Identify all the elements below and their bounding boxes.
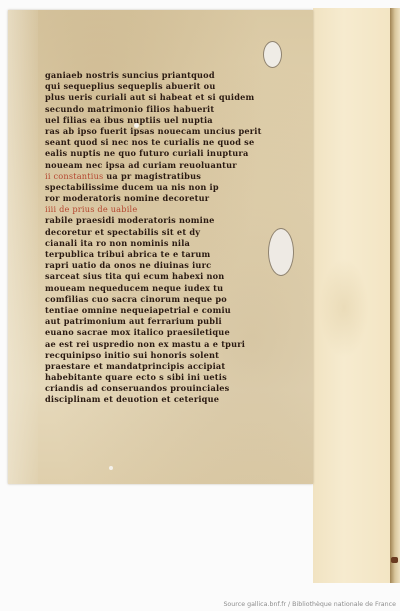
text-line: seant quod si nec nos te curialis ne quo… — [45, 137, 300, 148]
source-credit: Source gallica.bnf.fr / Bibliothèque nat… — [223, 601, 396, 608]
rubric-heading: ii constantius — [45, 171, 106, 181]
text-line: decoretur et spectabilis sit et dy — [45, 227, 300, 238]
text-line: recquinipso initio sui honoris solent — [45, 350, 300, 361]
text-line: secundo matrimonio filios habuerit — [45, 104, 300, 115]
parchment-speck — [109, 466, 113, 470]
text-line: ae est rei uspredio non ex mastu a e tpu… — [45, 339, 300, 350]
text-line: terpublica tribui abrica te e tarum — [45, 249, 300, 260]
text-line: uel filias ea ibus nuptiis uel nuptia — [45, 115, 300, 126]
text-line: plus ueris curiali aut si habeat et si q… — [45, 92, 300, 103]
text-line: ras ab ipso fuerit ipsas nouecam uncius … — [45, 126, 300, 137]
manuscript-text-block: ganiaeb nostris suncius priantquodqui se… — [45, 70, 300, 406]
text-line: ganiaeb nostris suncius priantquod — [45, 70, 300, 81]
rubric-line: iiii de prius de uabile — [45, 204, 300, 215]
text-line: criandis ad conseruandos prouinciales — [45, 383, 300, 394]
text-line: sarceat sius tita qui ecum habexi non — [45, 271, 300, 282]
text-line: rapri uatio da onos ne diuinas iurc — [45, 260, 300, 271]
text-line: ealis nuptis ne quo futuro curiali inupt… — [45, 148, 300, 159]
rubric-line: ii constantius ua pr magistratibus — [45, 171, 300, 182]
text-line: tentiae omnine nequeiapetrial e comiu — [45, 305, 300, 316]
manuscript-viewer: ganiaeb nostris suncius priantquodqui se… — [0, 0, 400, 611]
binding-mark — [391, 557, 398, 563]
text-line: comfilias cuo sacra cinorum neque po — [45, 294, 300, 305]
text-line: moueam nequeducem neque iudex tu — [45, 283, 300, 294]
text-line: rabile praesidi moderatoris nomine — [45, 215, 300, 226]
text-line: praestare et mandatprincipis accipiat — [45, 361, 300, 372]
text-line: ror moderatoris nomine decoretur — [45, 193, 300, 204]
text-line: cianali ita ro non nominis nila — [45, 238, 300, 249]
text-line: euano sacrae mox italico praesiletique — [45, 327, 300, 338]
text-line: habebitante quare ecto s sibi ini uetis — [45, 372, 300, 383]
paper-guard-strip — [313, 8, 392, 583]
binding-edge — [390, 8, 400, 583]
text-line: qui sequeplius sequeplis abuerit ou — [45, 81, 300, 92]
parchment-hole-top — [263, 41, 282, 68]
water-stain — [319, 258, 369, 358]
text-line: noueam nec ipsa ad curiam reuoluantur — [45, 160, 300, 171]
text-line: disciplinam et deuotion et ceterique — [45, 394, 300, 405]
text-line: aut patrimonium aut ferrarium publi — [45, 316, 300, 327]
line-text: ua pr magistratibus — [106, 171, 201, 181]
repaired-left-edge — [8, 10, 38, 484]
text-line: spectabilissime ducem ua nis non ip — [45, 182, 300, 193]
